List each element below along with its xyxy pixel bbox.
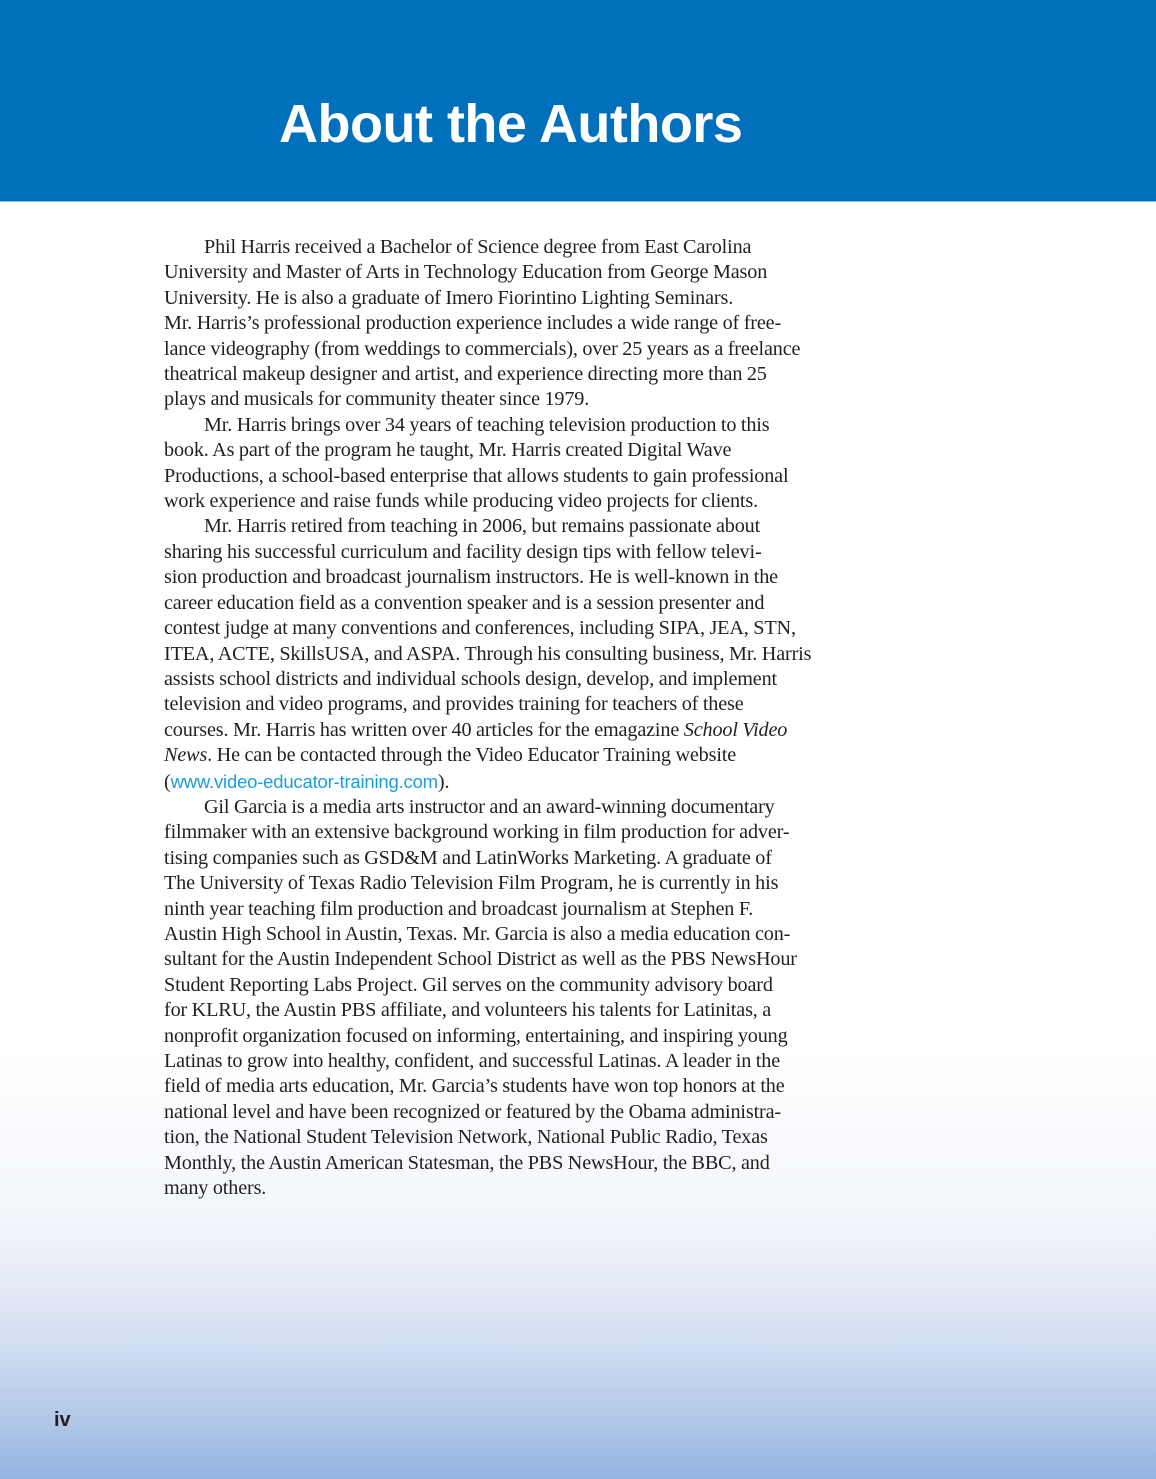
- text-line: Mr. Harris brings over 34 years of teach…: [164, 413, 904, 438]
- text-line: for KLRU, the Austin PBS affiliate, and …: [164, 998, 904, 1023]
- text-line: Austin High School in Austin, Texas. Mr.…: [164, 922, 904, 947]
- text-line: The University of Texas Radio Television…: [164, 871, 904, 896]
- text-line: ITEA, ACTE, SkillsUSA, and ASPA. Through…: [164, 642, 904, 667]
- text-line: Phil Harris received a Bachelor of Scien…: [164, 235, 904, 260]
- text-line: field of media arts education, Mr. Garci…: [164, 1074, 904, 1099]
- text-line: filmmaker with an extensive background w…: [164, 820, 904, 845]
- text-line: nonprofit organization focused on inform…: [164, 1024, 904, 1049]
- paragraph-phil-harris-bio: Phil Harris received a Bachelor of Scien…: [164, 235, 904, 413]
- text-line: sultant for the Austin Independent Schoo…: [164, 947, 904, 972]
- text-line: career education field as a convention s…: [164, 591, 904, 616]
- text-line: tising companies such as GSD&M and Latin…: [164, 846, 904, 871]
- text-fragment: . He can be contacted through the Video …: [207, 744, 736, 766]
- text-line: theatrical makeup designer and artist, a…: [164, 362, 904, 387]
- paren-open: (: [164, 771, 171, 793]
- paren-close: ).: [438, 771, 449, 793]
- paragraph-harris-teaching: Mr. Harris brings over 34 years of teach…: [164, 413, 904, 515]
- text-line: (www.video-educator-training.com).: [164, 769, 904, 795]
- paragraph-gil-garcia-bio: Gil Garcia is a media arts instructor an…: [164, 795, 904, 1202]
- text-fragment: courses. Mr. Harris has written over 40 …: [164, 719, 684, 741]
- magazine-title: School Video: [684, 719, 787, 741]
- header-band: About the Authors: [0, 0, 1156, 202]
- page-number: iv: [54, 1408, 71, 1432]
- page-title: About the Authors: [279, 91, 742, 157]
- text-line: News. He can be contacted through the Vi…: [164, 743, 904, 768]
- text-line: assists school districts and individual …: [164, 667, 904, 692]
- text-line: Mr. Harris retired from teaching in 2006…: [164, 514, 904, 539]
- paragraph-harris-retirement: Mr. Harris retired from teaching in 2006…: [164, 514, 904, 794]
- magazine-title: News: [164, 744, 207, 766]
- text-line: Student Reporting Labs Project. Gil serv…: [164, 973, 904, 998]
- text-line: national level and have been recognized …: [164, 1100, 904, 1125]
- article-body: Phil Harris received a Bachelor of Scien…: [164, 235, 904, 1201]
- text-line: book. As part of the program he taught, …: [164, 438, 904, 463]
- text-line: Gil Garcia is a media arts instructor an…: [164, 795, 904, 820]
- website-link[interactable]: www.video-educator-training.com: [171, 771, 438, 792]
- text-line: lance videography (from weddings to comm…: [164, 337, 904, 362]
- text-line: work experience and raise funds while pr…: [164, 489, 904, 514]
- text-line: ninth year teaching film production and …: [164, 897, 904, 922]
- text-line: contest judge at many conventions and co…: [164, 616, 904, 641]
- text-line: plays and musicals for community theater…: [164, 387, 904, 412]
- text-line: tion, the National Student Television Ne…: [164, 1125, 904, 1150]
- text-line: University. He is also a graduate of Ime…: [164, 286, 904, 311]
- text-line: many others.: [164, 1176, 904, 1201]
- text-line: courses. Mr. Harris has written over 40 …: [164, 718, 904, 743]
- text-line: television and video programs, and provi…: [164, 692, 904, 717]
- text-line: sharing his successful curriculum and fa…: [164, 540, 904, 565]
- text-line: sion production and broadcast journalism…: [164, 565, 904, 590]
- text-line: University and Master of Arts in Technol…: [164, 260, 904, 285]
- text-line: Latinas to grow into healthy, confident,…: [164, 1049, 904, 1074]
- text-line: Monthly, the Austin American Statesman, …: [164, 1151, 904, 1176]
- text-line: Productions, a school-based enterprise t…: [164, 464, 904, 489]
- text-line: Mr. Harris’s professional production exp…: [164, 311, 904, 336]
